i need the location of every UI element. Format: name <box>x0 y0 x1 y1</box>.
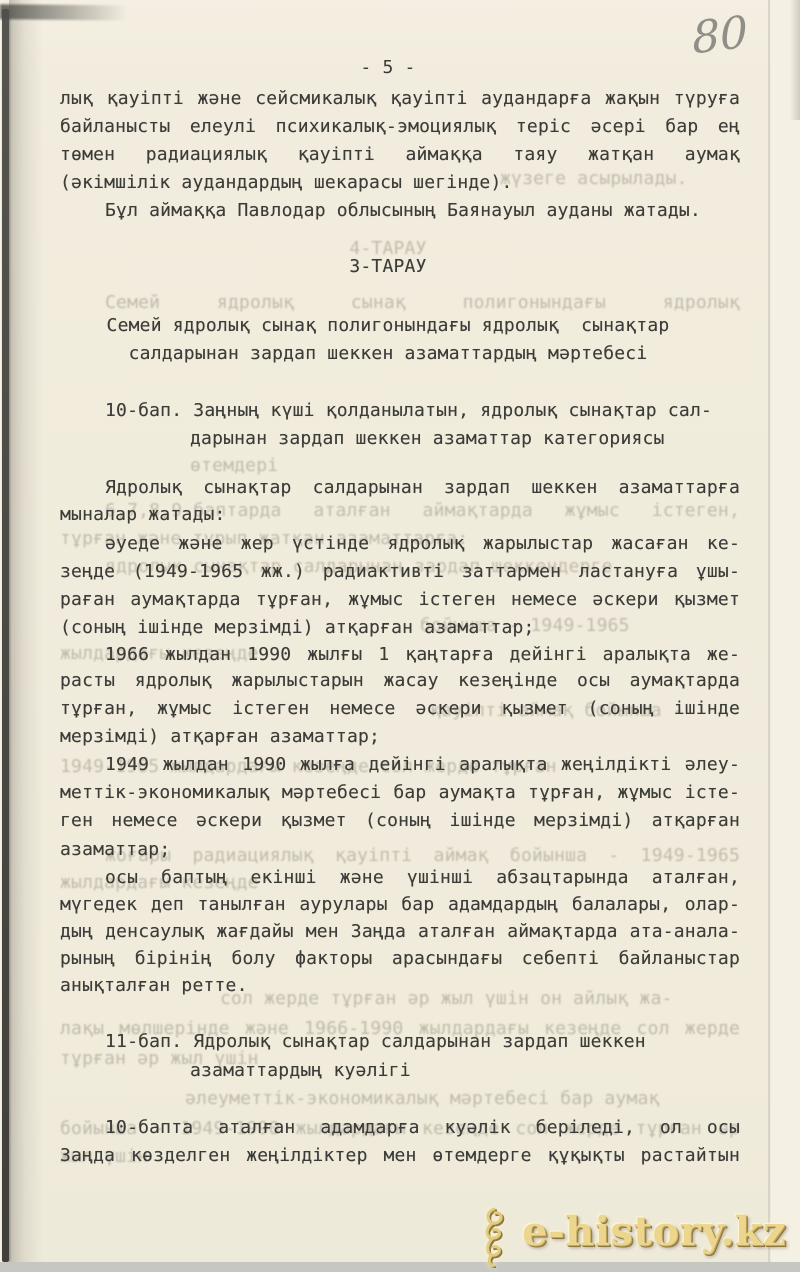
page-gutter-shadow <box>9 0 43 1272</box>
text-line: осы баптың екінші және үшінші абзацтарын… <box>105 867 740 889</box>
text-line: рының бірінің болу факторы арасындағы се… <box>60 948 740 970</box>
scan-right-shade <box>790 0 800 120</box>
text-line: меттік-экономикалық мәртебесі бар аумақт… <box>60 782 740 804</box>
page-right-edge-line <box>768 0 770 1272</box>
bleedthrough-line: әлеуметтік-экономикалық мәртебесі бар ау… <box>185 1088 660 1110</box>
bleedthrough-line: жүзеге асырылады. <box>500 168 688 190</box>
text-line: салдарынан зардап шеккен азаматтардың мә… <box>60 343 716 365</box>
scanned-page: { "page": { "number_label": "- 5 -", "ha… <box>0 0 800 1272</box>
text-line: 1949 жылдан 1990 жылға дейінгі аралықта … <box>105 754 740 776</box>
text-line: 10-бапта аталған адамдарға куәлік беріле… <box>105 1117 740 1139</box>
text-line: лық қауіпті және сейсмикалық қауіпті ауд… <box>60 88 740 110</box>
text-line: (әкімшілік аудандардың шекарасы шегінде)… <box>60 172 513 194</box>
text-line: ген немесе әскери қызмет (соның ішінде м… <box>60 810 740 832</box>
scan-topleft-smudge <box>0 4 150 21</box>
text-line: азаматтардың куәлігі <box>190 1060 411 1082</box>
bleedthrough-line: өтемдері <box>190 455 278 477</box>
page-right-edge-area <box>771 0 800 1272</box>
text-line: әуеде және жер үстінде ядролық жарылыста… <box>105 533 740 555</box>
page-number: - 5 - <box>60 57 716 79</box>
bleedthrough-line: сол жерде тұрған әр жыл үшін он айлық жа… <box>220 988 673 1010</box>
text-line: дарынан зардап шеккен азаматтар категори… <box>190 428 665 450</box>
text-line: расты ядролық жарылыстарын жасау кезеңін… <box>60 670 740 692</box>
text-line: азаматтар; <box>60 839 170 861</box>
text-line: мыналар жатады: <box>60 504 226 526</box>
scan-left-dark-strip <box>2 9 9 1262</box>
kazakh-ornament-icon <box>478 1206 510 1268</box>
text-line: раған аумақтарда тұрған, жұмыс істеген н… <box>60 589 740 611</box>
watermark-text: e-history.kz <box>522 1206 786 1258</box>
text-line: мерзімді) атқарған азаматтар; <box>60 726 380 748</box>
text-line: мүгедек деп танылған аурулары бар адамда… <box>60 894 740 916</box>
text-line: Заңда көзделген жеңілдіктер мен өтемдерг… <box>60 1145 740 1167</box>
text-line: тұрған, жұмыс істеген немесе әскери қызм… <box>60 698 740 720</box>
bleedthrough-line: жоғары радиациялық қауіпті аймақ бойынша… <box>105 845 740 867</box>
text-line: зеңде (1949-1965 жж.) радиактивті заттар… <box>60 561 740 583</box>
text-line: (соның ішінде мерзімді) атқарған азаматт… <box>60 617 535 639</box>
text-line: дың денсаулық жағдайы мен Заңда аталған … <box>60 921 740 943</box>
bleedthrough-line: Семей ядролық сынақ полигонындағы ядролы… <box>105 292 740 314</box>
text-line: 11-бап. Ядролық сынақтар салдарынан зард… <box>105 1031 646 1053</box>
text-line: анықталған ретте. <box>60 975 248 997</box>
watermark: e-history.kz <box>478 1206 786 1268</box>
text-line: Ядролық сынақтар салдарынан зардап шекке… <box>105 477 740 499</box>
text-line: Бұл аймаққа Павлодар облысының Баянауыл … <box>105 200 701 222</box>
text-line: байланысты елеулі психикалық-эмоциялық т… <box>60 116 740 138</box>
text-line: Семей ядролық сынақ полигонындағы ядролы… <box>60 315 716 337</box>
text-line: 3-ТАРАУ <box>60 256 716 278</box>
text-line: 10-бап. Заңның күші қолданылатын, ядролы… <box>105 400 712 422</box>
handwritten-folio-number: 80 <box>691 11 749 62</box>
text-line: төмен радиациялық қауіпті аймаққа таяу ж… <box>60 144 740 166</box>
text-line: 1966 жылдан 1990 жылғы 1 қаңтарға дейінг… <box>105 644 740 666</box>
